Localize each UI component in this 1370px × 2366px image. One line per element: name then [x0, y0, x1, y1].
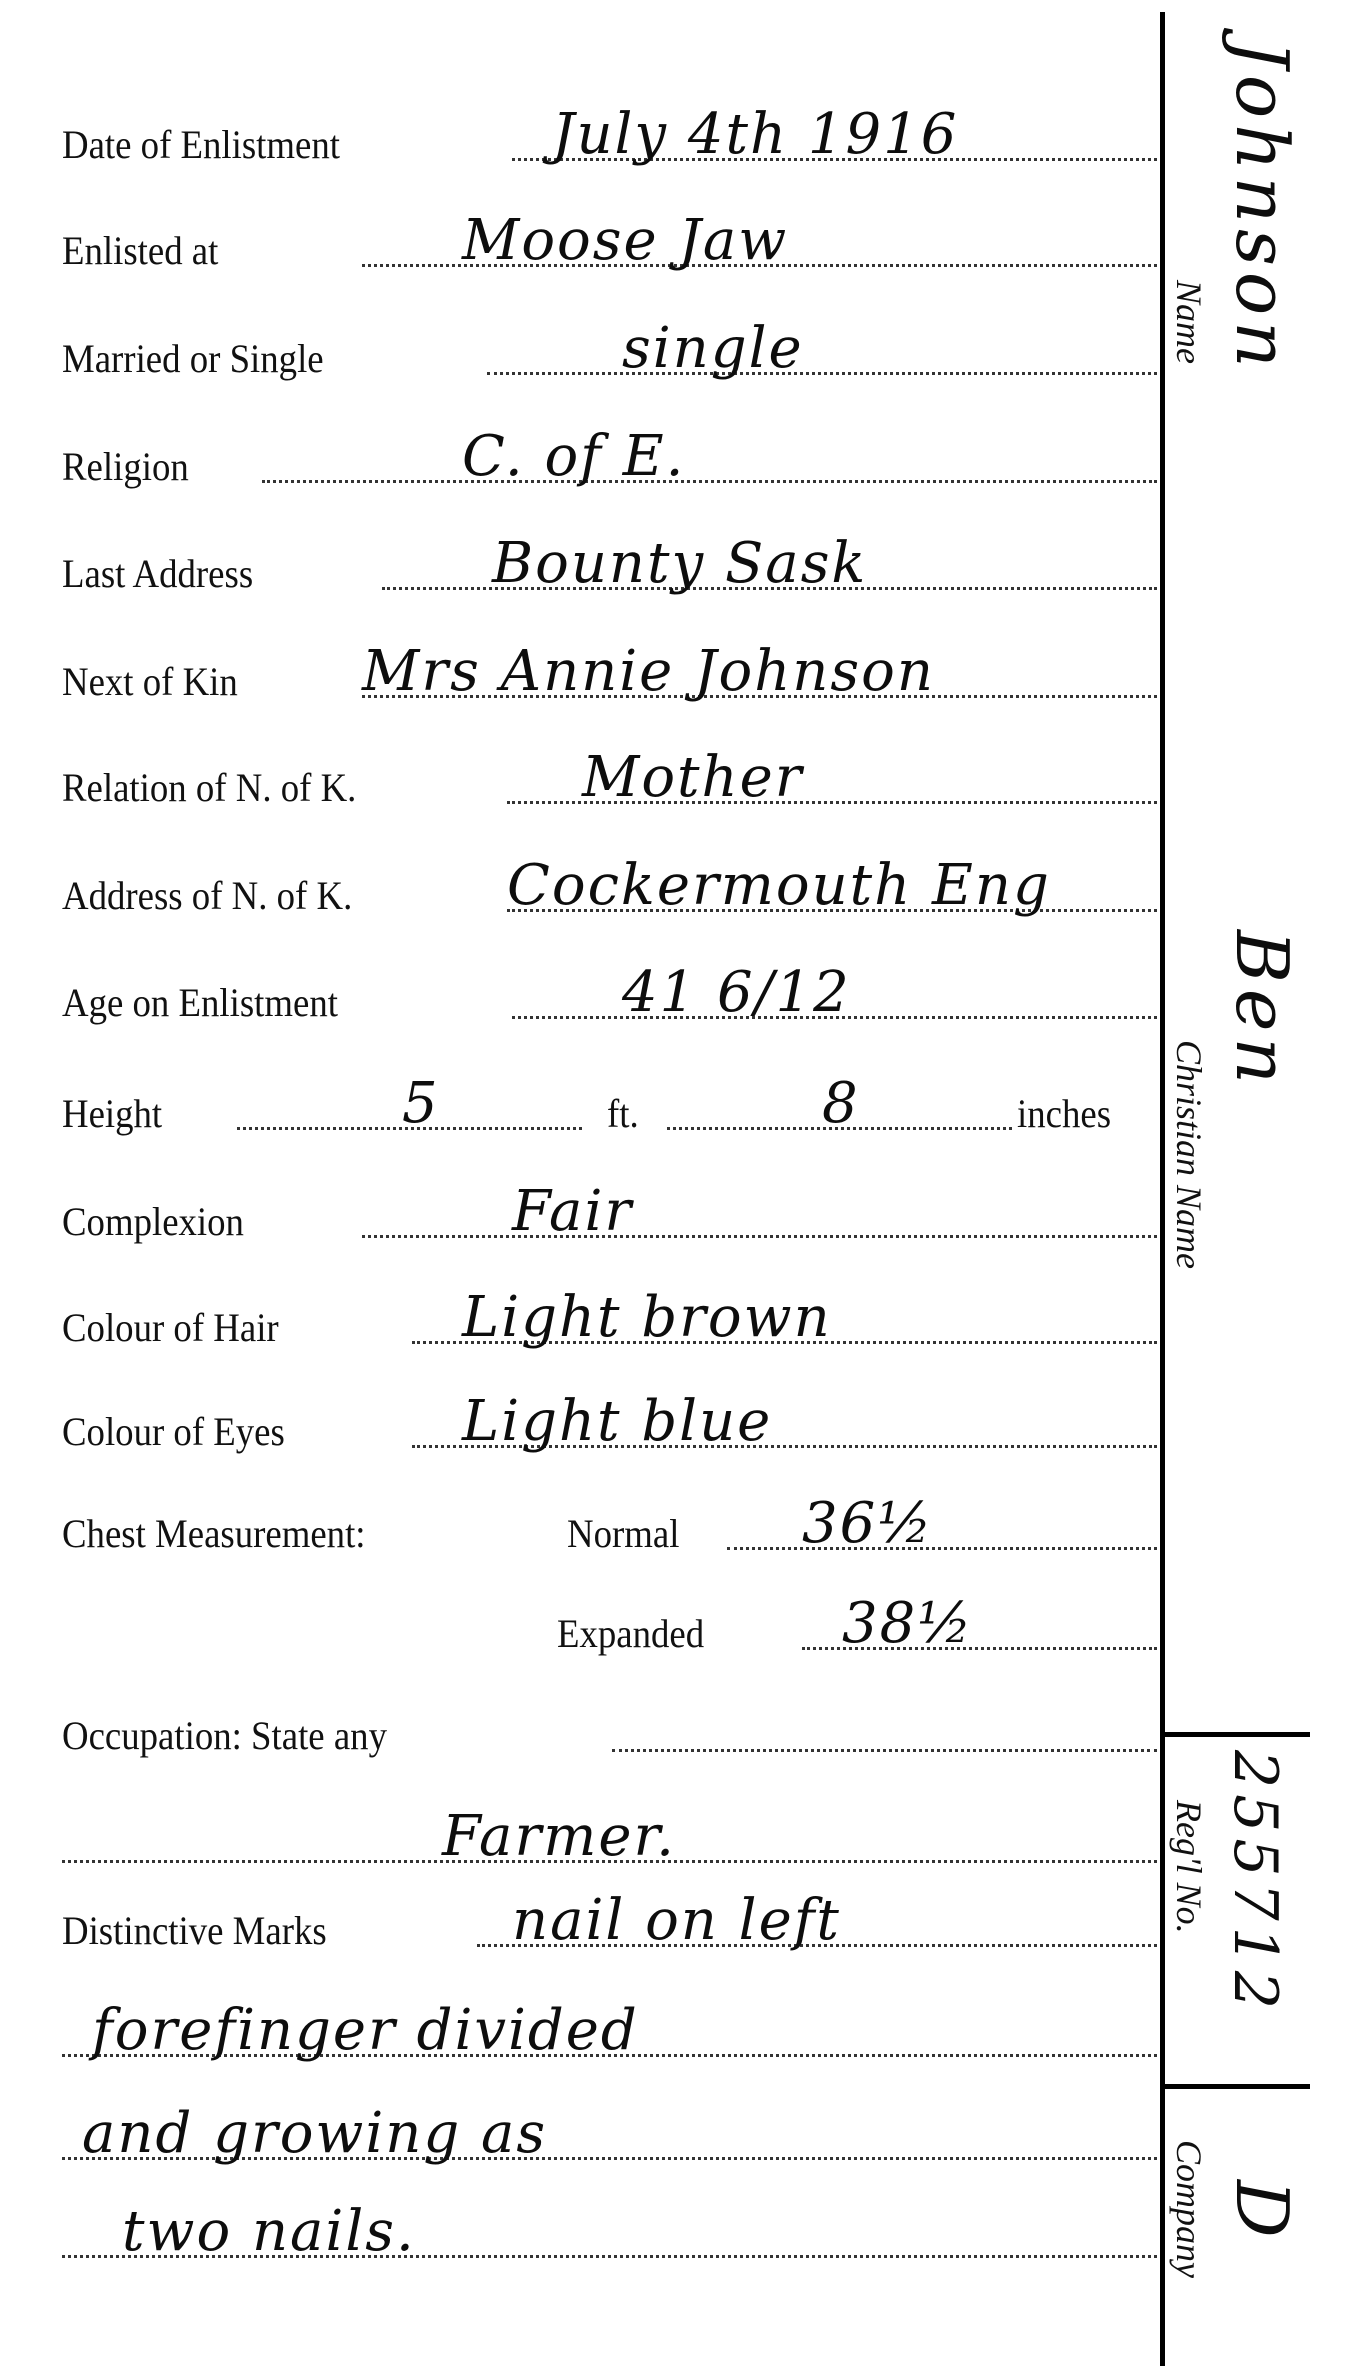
- distinctive-marks-line-2: forefinger divided: [92, 2003, 639, 2059]
- company-label: Company: [1168, 2140, 1210, 2278]
- column-divider: [1160, 12, 1165, 2366]
- field-label: Address of N. of K.: [62, 876, 352, 916]
- chest-expanded-label: Expanded: [557, 1614, 704, 1654]
- field-value: Light blue: [462, 1394, 772, 1450]
- dotted-line: [727, 1547, 1157, 1550]
- dotted-line: [487, 372, 1157, 375]
- field-date-of-enlistment: Date of Enlistment July 4th 1916: [62, 85, 1157, 165]
- field-value: Mother: [582, 750, 804, 806]
- field-value: Mrs Annie Johnson: [362, 644, 935, 700]
- field-label: Colour of Eyes: [62, 1412, 285, 1452]
- regt-no-value: 255712: [1220, 1750, 1290, 2015]
- field-value: July 4th 1916: [552, 107, 958, 163]
- field-label: Religion: [62, 447, 189, 487]
- christian-name-value: Ben: [1220, 930, 1304, 1090]
- field-label: Relation of N. of K.: [62, 768, 356, 808]
- field-label: Last Address: [62, 554, 253, 594]
- field-age-on-enlistment: Age on Enlistment 41 6/12: [62, 943, 1157, 1023]
- distinctive-marks-line-3: and growing as: [82, 2106, 547, 2162]
- height-inches-value: 8: [822, 1076, 860, 1132]
- field-colour-of-hair: Colour of Hair Light brown: [62, 1268, 1157, 1348]
- field-label: Date of Enlistment: [62, 125, 340, 165]
- field-colour-of-eyes: Colour of Eyes Light blue: [62, 1372, 1157, 1452]
- field-value: C. of E.: [462, 429, 685, 485]
- dotted-line: [362, 1235, 1157, 1238]
- field-distinctive-marks: Distinctive Marks nail on left: [62, 1871, 1157, 1951]
- field-value: Cockermouth Eng: [507, 858, 1051, 914]
- distinctive-marks-line-1: nail on left: [512, 1893, 841, 1949]
- field-value: Moose Jaw: [462, 213, 788, 269]
- ft-label: ft.: [607, 1094, 639, 1134]
- field-chest-normal: Chest Measurement: Normal 36½: [62, 1474, 1157, 1554]
- christian-name-label: Christian Name: [1168, 1040, 1210, 1269]
- field-next-of-kin: Next of Kin Mrs Annie Johnson: [62, 622, 1157, 702]
- occupation-value: Farmer.: [442, 1809, 676, 1865]
- divider-company: [1160, 2084, 1310, 2089]
- distinctive-marks-line: two nails.: [62, 2182, 1157, 2262]
- field-occupation: Occupation: State any: [62, 1676, 1157, 1756]
- field-height: Height 5 ft. 8 inches: [62, 1054, 1157, 1134]
- field-label: Enlisted at: [62, 231, 218, 271]
- field-chest-expanded: Expanded 38½: [62, 1574, 1157, 1654]
- field-label: Complexion: [62, 1202, 244, 1242]
- regt-no-label: Reg'l No.: [1168, 1800, 1210, 1934]
- field-complexion: Complexion Fair: [62, 1162, 1157, 1242]
- field-address-of-nok: Address of N. of K. Cockermouth Eng: [62, 836, 1157, 916]
- chest-normal-label: Normal: [567, 1514, 679, 1554]
- height-feet-value: 5: [402, 1076, 440, 1132]
- field-value: Fair: [512, 1184, 633, 1240]
- field-label: Age on Enlistment: [62, 983, 338, 1023]
- dotted-line: [612, 1749, 1157, 1752]
- occupation-label: Occupation: State any: [62, 1716, 387, 1756]
- field-occupation-value-line: Farmer.: [62, 1787, 1157, 1867]
- field-religion: Religion C. of E.: [62, 407, 1157, 487]
- field-enlisted-at: Enlisted at Moose Jaw: [62, 191, 1157, 271]
- field-label: Colour of Hair: [62, 1308, 279, 1348]
- field-label: Next of Kin: [62, 662, 238, 702]
- name-value: Johnson: [1220, 40, 1304, 374]
- distinctive-marks-line-4: two nails.: [122, 2204, 416, 2260]
- field-value: single: [622, 321, 804, 377]
- chest-label: Chest Measurement:: [62, 1514, 366, 1554]
- field-married-or-single: Married or Single single: [62, 299, 1157, 379]
- field-label: Married or Single: [62, 339, 324, 379]
- chest-expanded-value: 38½: [842, 1596, 974, 1652]
- company-value: D: [1220, 2180, 1304, 2244]
- field-label: Height: [62, 1094, 162, 1134]
- dotted-line: [262, 480, 1157, 483]
- field-last-address: Last Address Bounty Sask: [62, 514, 1157, 594]
- distinctive-marks-line: and growing as: [62, 2084, 1157, 2164]
- field-value: Light brown: [462, 1290, 832, 1346]
- name-label: Name: [1168, 280, 1210, 364]
- field-value: Bounty Sask: [492, 536, 867, 592]
- inches-label: inches: [1017, 1094, 1111, 1134]
- chest-normal-value: 36½: [802, 1496, 934, 1552]
- distinctive-marks-label: Distinctive Marks: [62, 1911, 327, 1951]
- divider-regt: [1160, 1732, 1310, 1737]
- field-relation-of-nok: Relation of N. of K. Mother: [62, 728, 1157, 808]
- field-value: 41 6/12: [622, 965, 851, 1021]
- distinctive-marks-line: forefinger divided: [62, 1981, 1157, 2061]
